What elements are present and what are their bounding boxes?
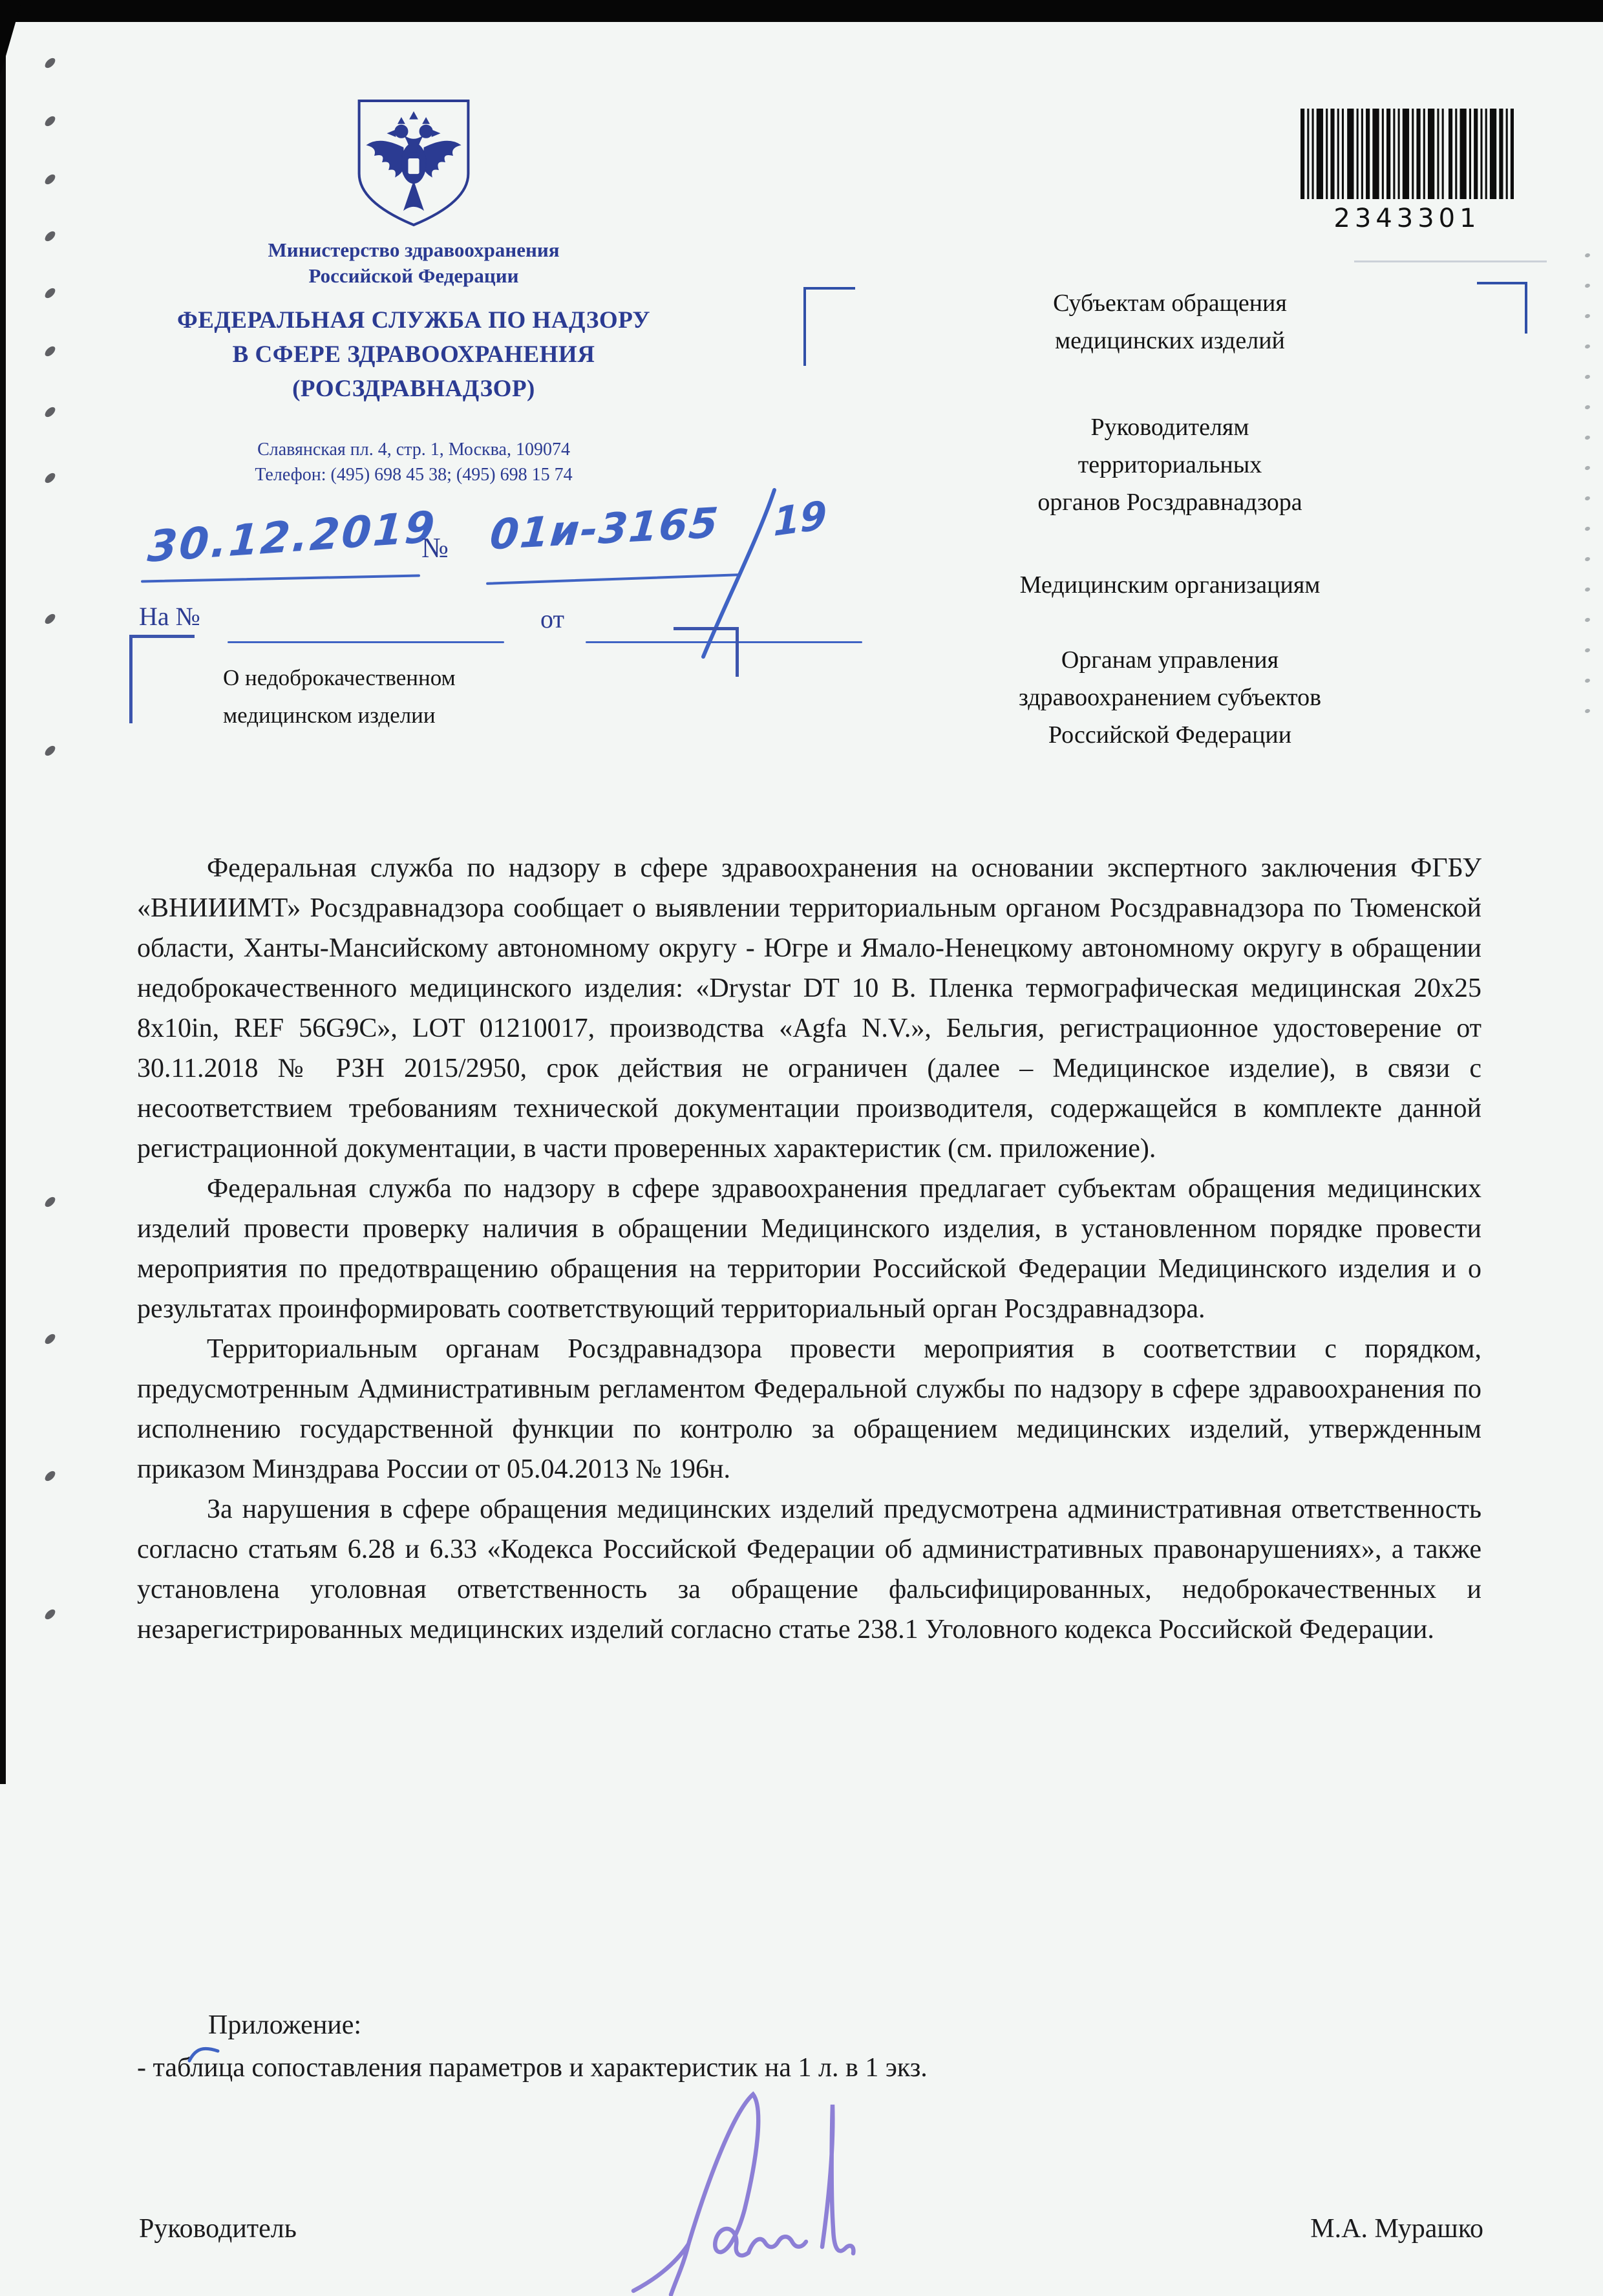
scan-artifact-tick xyxy=(1584,344,1590,349)
scan-artifact-tick xyxy=(1584,587,1590,592)
signature-ink xyxy=(595,2089,905,2296)
subject-bracket-right xyxy=(674,627,739,677)
scan-artifact-tick xyxy=(1584,648,1590,653)
scan-artifact-tick xyxy=(1584,465,1590,471)
barcode-number: 2343301 xyxy=(1300,204,1514,233)
scan-faint-line xyxy=(1354,260,1547,262)
subject-bracket-left xyxy=(129,635,195,723)
letter-body: Федеральная служба по надзору в сфере зд… xyxy=(137,848,1481,1650)
date-underline xyxy=(141,574,420,582)
handwritten-check-mark xyxy=(187,2045,220,2063)
attachment-item: - таблица сопоставления параметров и хар… xyxy=(137,2048,1481,2088)
scan-artifact-tick xyxy=(43,1608,56,1622)
scan-artifact-tick xyxy=(43,1195,56,1209)
service-address: Славянская пл. 4, стр. 1, Москва, 109074 xyxy=(110,437,717,462)
scan-artifact-tick xyxy=(43,114,56,129)
barcode: 2343301 xyxy=(1300,109,1514,233)
scan-black-bar-left xyxy=(0,0,6,1784)
barcode-bars-icon xyxy=(1300,109,1514,199)
ministry-name: Министерство здравоохранения Российской … xyxy=(110,237,717,289)
scan-artifact-tick xyxy=(1584,435,1590,440)
scan-artifact-tick xyxy=(43,1469,56,1483)
signer-title: Руководитель xyxy=(139,2213,297,2244)
scan-artifact-tick xyxy=(1584,374,1590,379)
letterhead: Министерство здравоохранения Российской … xyxy=(110,97,717,487)
recipient-territorial-heads: Руководителям территориальных органов Ро… xyxy=(860,409,1480,521)
number-sign: № xyxy=(421,531,449,564)
scan-artifact-tick xyxy=(43,1332,56,1346)
scan-artifact-tick xyxy=(1584,253,1590,258)
scan-artifact-tick xyxy=(1584,557,1590,562)
scan-artifact-tick xyxy=(43,286,56,301)
recipient-bracket-right xyxy=(1477,282,1527,334)
scan-black-bar-top xyxy=(0,0,1603,22)
na-no-underline xyxy=(228,641,504,643)
body-paragraph-1: Федеральная служба по надзору в сфере зд… xyxy=(137,848,1481,1169)
subject-line: О недоброкачественном медицинском издели… xyxy=(223,659,456,734)
body-paragraph-3: Территориальным органам Росздравнадзора … xyxy=(137,1329,1481,1489)
scan-artifact-tick xyxy=(1584,283,1590,288)
attachment-label: Приложение: xyxy=(208,2005,1553,2045)
scan-artifact-tick xyxy=(43,744,56,758)
recipient-health-authorities: Органам управления здравоохранением субъ… xyxy=(860,641,1480,754)
body-paragraph-4: За нарушения в сфере обращения медицинск… xyxy=(137,1489,1481,1650)
scan-artifact-tick xyxy=(43,173,56,187)
service-phone: Телефон: (495) 698 45 38; (495) 698 15 7… xyxy=(110,462,717,487)
na-no-label: На № xyxy=(139,601,200,632)
scan-artifact-tick xyxy=(1584,678,1590,683)
scan-artifact-tick xyxy=(43,345,56,359)
scan-artifact-tick xyxy=(1584,708,1590,714)
scan-artifact-tick xyxy=(43,405,56,420)
service-address-phone: Славянская пл. 4, стр. 1, Москва, 109074… xyxy=(110,437,717,487)
scan-artifact-tick xyxy=(1584,405,1590,410)
scan-artifact-tick xyxy=(43,471,56,485)
ot-label: от xyxy=(540,604,564,634)
scan-artifact-tick xyxy=(1584,314,1590,319)
scanned-letter-page: 2343301 Министерство здравоохранения Рос… xyxy=(0,0,1603,2296)
body-paragraph-2: Федеральная служба по надзору в сфере зд… xyxy=(137,1169,1481,1329)
service-name: ФЕДЕРАЛЬНАЯ СЛУЖБА ПО НАДЗОРУ В СФЕРЕ ЗД… xyxy=(110,303,717,406)
scan-artifact-tick xyxy=(43,229,56,244)
scan-artifact-tick xyxy=(1584,617,1590,622)
scan-artifact-tick xyxy=(43,56,56,70)
signer-name: М.А. Мурашко xyxy=(1310,2213,1483,2244)
recipient-medical-orgs: Медицинским организациям xyxy=(860,566,1480,604)
coat-of-arms-icon xyxy=(348,97,480,230)
scan-artifact-tick xyxy=(1584,526,1590,531)
recipient-subjects: Субъектам обращения медицинских изделий xyxy=(860,284,1480,359)
handwritten-date: 30.12.2019 xyxy=(146,502,438,572)
scan-artifact-tick xyxy=(1584,496,1590,501)
scan-artifact-tick xyxy=(43,612,56,626)
recipient-bracket-left xyxy=(803,287,855,366)
